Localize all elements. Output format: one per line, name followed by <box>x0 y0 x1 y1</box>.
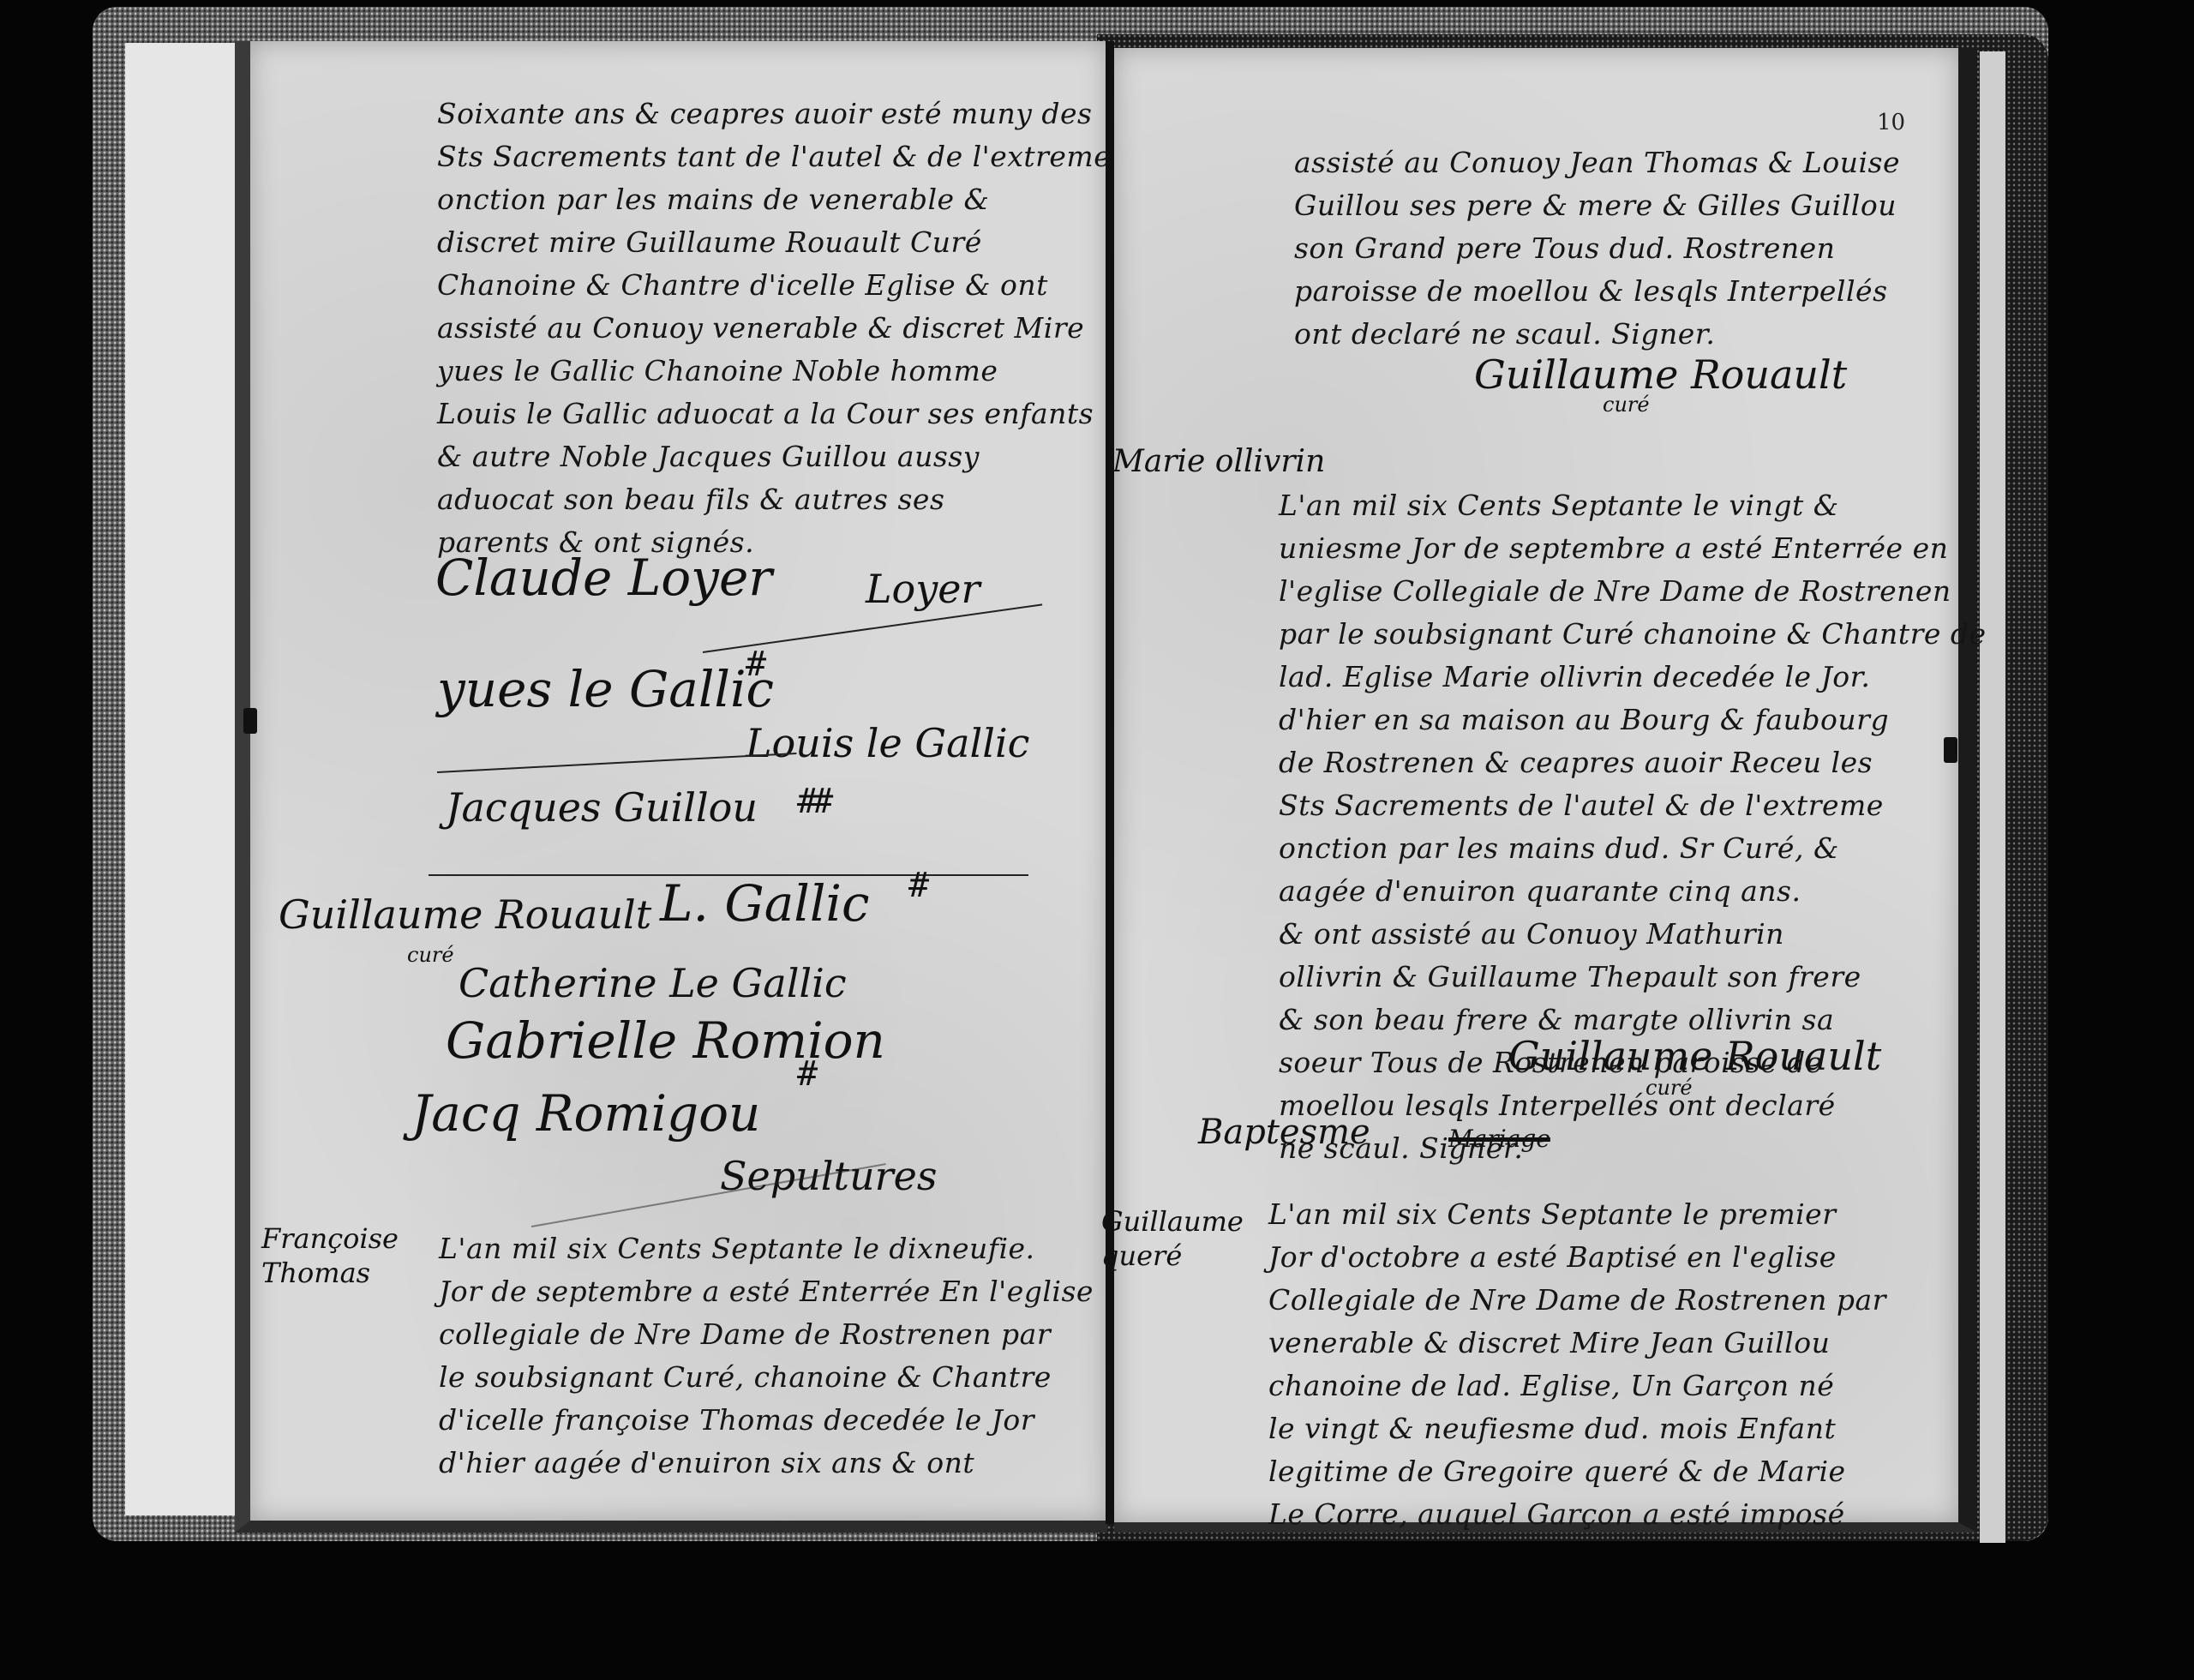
text-line: Sts Sacrements de l'autel & de l'extreme <box>1279 784 1987 827</box>
flyleaf-strip <box>125 43 245 1515</box>
signature-jacques-guillou: Jacques Guillou <box>446 784 758 831</box>
text-line: d'icelle françoise Thomas decedée le Jor <box>439 1399 1094 1442</box>
text-line: ne scaul. Signer. <box>1279 1127 1987 1170</box>
text-line: onction par les mains dud. Sr Curé, & <box>1279 827 1987 870</box>
text-line: Guillou ses pere & mere & Gilles Guillou <box>1294 184 1900 227</box>
text-line: Soixante ans & ceapres auoir esté muny d… <box>437 93 1111 135</box>
signature-loyer: Loyer <box>866 566 980 612</box>
text-line: Sts Sacrements tant de l'autel & de l'ex… <box>437 135 1111 178</box>
signature-guillaume-rouault: Guillaume Rouault <box>1508 1033 1881 1079</box>
text-line: moellou lesqls Interpellés ont declaré <box>1279 1084 1987 1127</box>
signature-claude-loyer: Claude Loyer <box>435 549 772 607</box>
text-line: collegiale de Nre Dame de Rostrenen par <box>439 1313 1094 1356</box>
paraph-mark: # <box>746 645 761 684</box>
text-line: Jor d'octobre a esté Baptisé en l'eglise <box>1268 1236 1886 1279</box>
left-continuation-text: Soixante ans & ceapres auoir esté muny d… <box>437 93 1111 564</box>
signature-jacq-romigou: Jacq Romigou <box>411 1084 760 1143</box>
text-line: ollivrin & Guillaume Thepault son frere <box>1279 956 1987 999</box>
margin-name-francoise-thomas: Françoise Thomas <box>261 1221 399 1290</box>
text-line: Jor de septembre a esté Enterrée En l'eg… <box>439 1270 1094 1313</box>
text-line: l'eglise Collegiale de Nre Dame de Rostr… <box>1279 570 1987 613</box>
right-baptism-entry: L'an mil six Cents Septante le premier J… <box>1268 1193 1886 1536</box>
margin-name-line: Guillaume <box>1101 1204 1244 1239</box>
margin-name-line: Thomas <box>261 1256 399 1290</box>
signature-l-gallic: L. Gallic <box>660 874 869 933</box>
text-line: Collegiale de Nre Dame de Rostrenen par <box>1268 1279 1886 1322</box>
text-line: venerable & discret Mire Jean Guillou <box>1268 1322 1886 1365</box>
margin-name-line: queré <box>1101 1239 1244 1273</box>
struck-heading-mariage: Mariage <box>1448 1125 1550 1153</box>
text-line: yues le Gallic Chanoine Noble homme <box>437 350 1111 393</box>
text-line: par le soubsignant Curé chanoine & Chant… <box>1279 613 1987 656</box>
text-line: onction par les mains de venerable & <box>437 178 1111 221</box>
text-line: L'an mil six Cents Septante le vingt & <box>1279 484 1987 527</box>
signature-catherine-le-gallic: Catherine Le Gallic <box>459 960 847 1006</box>
signature-yues-le-gallic: yues le Gallic <box>437 660 774 718</box>
signature-title-cure: curé <box>1645 1076 1693 1100</box>
text-line: Le Corre, auquel Garçon a esté imposé <box>1268 1493 1886 1536</box>
text-line: legitime de Gregoire queré & de Marie <box>1268 1450 1886 1493</box>
text-line: assisté au Conuoy Jean Thomas & Louise <box>1294 141 1900 184</box>
signature-title-cure: curé <box>1603 393 1650 417</box>
right-continuation-text: assisté au Conuoy Jean Thomas & Louise G… <box>1294 141 1900 356</box>
left-burial-entry: L'an mil six Cents Septante le dixneufie… <box>439 1227 1094 1485</box>
section-heading-baptesme: Baptesme <box>1198 1113 1370 1152</box>
text-line: d'hier en sa maison au Bourg & faubourg <box>1279 699 1987 741</box>
register-scan: Soixante ans & ceapres auoir esté muny d… <box>0 0 2194 1680</box>
text-line: de Rostrenen & ceapres auoir Receu les <box>1279 741 1987 784</box>
text-line: uniesme Jor de septembre a esté Enterrée… <box>1279 527 1987 570</box>
signature-title-cure: curé <box>407 943 454 967</box>
text-line: paroisse de moellou & lesqls Interpellés <box>1294 270 1900 313</box>
text-line: le soubsignant Curé, chanoine & Chantre <box>439 1356 1094 1399</box>
margin-name-marie-ollivrin: Marie ollivrin <box>1112 444 1325 479</box>
text-line: d'hier aagée d'enuiron six ans & ont <box>439 1442 1094 1485</box>
signature-guillaume-rouault: Guillaume Rouault <box>279 891 651 938</box>
text-line: discret mire Guillaume Rouault Curé <box>437 221 1111 264</box>
text-line: aduocat son beau fils & autres ses <box>437 478 1111 521</box>
signature-gabrielle-romion: Gabrielle Romion <box>446 1011 885 1070</box>
paraph-mark: # <box>908 866 924 905</box>
signature-guillaume-rouault: Guillaume Rouault <box>1474 351 1847 398</box>
text-line: le vingt & neufiesme dud. mois Enfant <box>1268 1407 1886 1450</box>
margin-name-line: Françoise <box>261 1221 399 1256</box>
paraph-mark: ## <box>797 782 828 821</box>
text-line: aagée d'enuiron quarante cinq ans. <box>1279 870 1987 913</box>
text-line: chanoine de lad. Eglise, Un Garçon né <box>1268 1365 1886 1407</box>
text-line: & ont assisté au Conuoy Mathurin <box>1279 913 1987 956</box>
text-line: lad. Eglise Marie ollivrin decedée le Jo… <box>1279 656 1987 699</box>
text-line: son Grand pere Tous dud. Rostrenen <box>1294 227 1900 270</box>
text-line: & autre Noble Jacques Guillou aussy <box>437 435 1111 478</box>
page-number: 10 <box>1877 110 1905 135</box>
signature-louis-le-gallic: Louis le Gallic <box>746 720 1029 766</box>
text-line: assisté au Conuoy venerable & discret Mi… <box>437 307 1111 350</box>
text-line: Louis le Gallic aduocat a la Cour ses en… <box>437 393 1111 435</box>
book-gutter <box>1106 41 1114 1524</box>
text-line: ont declaré ne scaul. Signer. <box>1294 313 1900 356</box>
text-line: L'an mil six Cents Septante le premier <box>1268 1193 1886 1236</box>
binding-clip-left <box>243 708 257 734</box>
paraph-mark: # <box>797 1054 812 1094</box>
text-line: L'an mil six Cents Septante le dixneufie… <box>439 1227 1094 1270</box>
text-line: Chanoine & Chantre d'icelle Eglise & ont <box>437 264 1111 307</box>
section-heading-sepultures: Sepultures <box>720 1153 937 1199</box>
margin-name-guillaume-quere: Guillaume queré <box>1101 1204 1244 1273</box>
